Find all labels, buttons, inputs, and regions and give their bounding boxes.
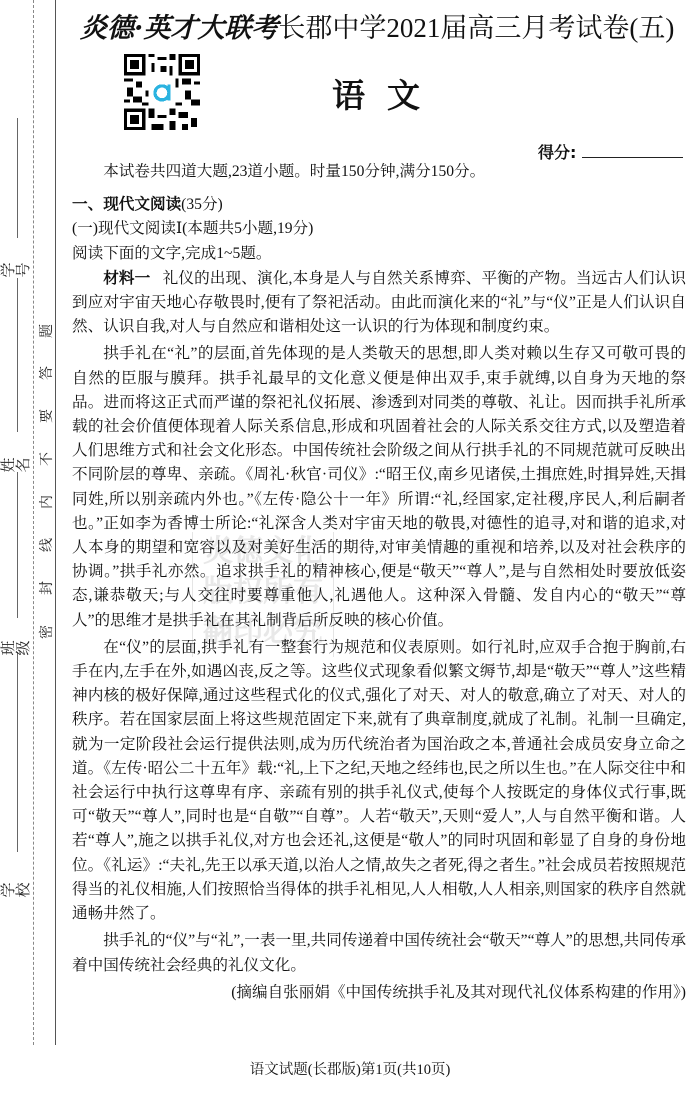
seal-char: 要 bbox=[36, 408, 56, 424]
binding-line-right bbox=[55, 0, 56, 1045]
seal-char: 答 bbox=[36, 365, 56, 381]
seal-char: 不 bbox=[36, 451, 56, 467]
seal-dotted-line bbox=[33, 0, 34, 1045]
seal-char: 密 bbox=[36, 624, 56, 640]
field-label-class: 班级 bbox=[1, 640, 31, 656]
material-paragraph: 拱手礼的“仪”与“礼”,一表一里,共同传递着中国传统社会“敬天”“尊人”的思想,… bbox=[72, 929, 686, 977]
reading-instruction: 阅读下面的文字,完成1~5题。 bbox=[72, 242, 686, 266]
field-label-school: 学校 bbox=[1, 882, 31, 898]
exam-name: 长郡中学2021届高三月考试卷(五) bbox=[278, 13, 674, 43]
material-label: 材料一 bbox=[103, 269, 150, 287]
field-label-name: 姓名 bbox=[1, 457, 31, 473]
seal-char: 封 bbox=[36, 580, 56, 596]
material-paragraph: 在“仪”的层面,拱手礼有一整套行为规范和仪表原则。如行礼时,应双手合抱于胸前,右… bbox=[72, 636, 686, 926]
exam-instructions: 本试卷共四道大题,23道小题。时量150分钟,满分150分。 bbox=[72, 160, 686, 184]
material-paragraph: 材料一 礼仪的出现、演化,本身是人与自然关系博弈、平衡的产物。当远古人们认识到应… bbox=[72, 266, 686, 340]
seal-char: 内 bbox=[36, 494, 56, 510]
score-input-line[interactable] bbox=[582, 157, 683, 158]
page-footer: 语文试题(长郡版)第1页(共10页) bbox=[0, 1058, 700, 1079]
seal-char: 题 bbox=[36, 323, 56, 339]
subject-title: 语文 bbox=[332, 70, 442, 117]
section-heading: 一、现代文阅读(35分) bbox=[72, 192, 686, 217]
sub-section-heading: (一)现代文阅读Ⅰ(本题共5小题,19分) bbox=[72, 217, 686, 241]
exam-series: 炎德·英才大联考 bbox=[80, 13, 278, 44]
material-paragraph: 拱手礼在“礼”的层面,首先体现的是人类敬天的思想,即人类对赖以生存又可敬可畏的自… bbox=[72, 342, 686, 632]
seal-char: 线 bbox=[36, 537, 56, 553]
field-label-student-id: 学号 bbox=[1, 262, 31, 278]
binding-line-left bbox=[17, 118, 18, 898]
exam-body: 本试卷共四道大题,23道小题。时量150分钟,满分150分。 一、现代文阅读(3… bbox=[72, 160, 686, 1005]
exam-title: 炎德·英才大联考长郡中学2021届高三月考试卷(五) bbox=[80, 6, 674, 45]
material-source: (摘编自张丽娟《中国传统拱手礼及其对现代礼仪体系构建的作用》) bbox=[72, 981, 686, 1005]
qr-code-icon bbox=[124, 53, 200, 131]
